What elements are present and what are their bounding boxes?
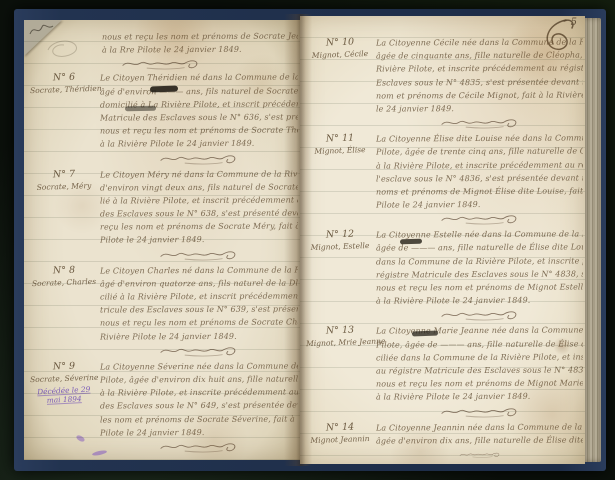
manuscript-line: Le Citoyen Théridien né dans la Commune … bbox=[100, 71, 298, 85]
left-page: nous et reçu les nom et prénoms de Socra… bbox=[24, 20, 300, 460]
entry-margin-name: Socrate, Séverine bbox=[30, 373, 98, 384]
manuscript-line: d'environ vingt deux ans, fils naturel d… bbox=[100, 180, 298, 194]
register-entry: N° 11 Mignot, Élise La Citoyenne Élise d… bbox=[300, 132, 583, 226]
manuscript-line: lié à la Rivière Pilote, et inscrit préc… bbox=[100, 193, 298, 207]
manuscript-line: La Citoyenne Jeannin née dans la Commune… bbox=[376, 420, 583, 434]
entry-body: Le Citoyen Charles né dans la Commune de… bbox=[100, 264, 298, 358]
manuscript-line: La Citoyenne Séverine née dans la Commun… bbox=[100, 359, 298, 373]
entry-body: La Citoyenne Élise dite Louise née dans … bbox=[376, 132, 583, 226]
register-entry: N° 10 Mignot, Cécile La Citoyenne Cécile… bbox=[300, 36, 583, 130]
manuscript-line: âgée de ——— ans, fille naturelle de Élis… bbox=[376, 241, 583, 255]
manuscript-line: La Citoyenne Cécile née dans la Commune … bbox=[376, 35, 583, 49]
manuscript-line: noms et prénoms de Mignot Élise dite Lou… bbox=[376, 184, 583, 198]
signature-flourish-icon bbox=[117, 57, 205, 70]
manuscript-line: Rivière Pilote, et inscrite précédemment… bbox=[376, 62, 583, 76]
manuscript-line: ciliée dans la Commune de la Rivière Pil… bbox=[376, 350, 583, 364]
manuscript-line: nous et reçu les nom et prénoms de Socra… bbox=[100, 316, 298, 330]
previous-entry-fragment: nous et reçu les nom et prénoms de Socra… bbox=[24, 30, 298, 71]
death-annotation: Décédée le 29 mai 1894 bbox=[30, 385, 99, 406]
entry-body: La Citoyenne Jeannin née dans la Commune… bbox=[376, 421, 583, 462]
register-entry: N° 12 Mignot, Estelle La Citoyenne Estel… bbox=[300, 228, 583, 322]
entry-number: N° 7 bbox=[30, 167, 98, 180]
right-page: 5 N° 10 Mignot, Cécile La Citoyenne Céci… bbox=[300, 16, 585, 464]
scanned-register-photo: nous et reçu les nom et prénoms de Socra… bbox=[0, 0, 615, 480]
manuscript-line: âgée d'environ dix ans, fille naturelle … bbox=[376, 433, 583, 447]
manuscript-line: nous et reçu les nom et prénoms de Migno… bbox=[376, 280, 583, 294]
signature-flourish-icon bbox=[155, 152, 243, 165]
entry-body: Le Citoyen Théridien né dans la Commune … bbox=[100, 71, 298, 165]
manuscript-line: des Esclaves sous le N° 649, s'est prése… bbox=[100, 399, 298, 413]
entry-margin-column: N° 12 Mignot, Estelle bbox=[300, 228, 376, 322]
entry-margin-name: Mignot Jeannin bbox=[306, 433, 374, 444]
signature-flourish-icon bbox=[436, 405, 524, 418]
entry-number: N° 6 bbox=[30, 71, 98, 84]
register-entry: N° 8 Socrate, Charles Le Citoyen Charles… bbox=[24, 264, 298, 358]
register-entry: N° 7 Socrate, Méry Le Citoyen Méry né da… bbox=[24, 168, 298, 262]
manuscript-line: Pilote, âgée de trente cinq ans, fille n… bbox=[376, 145, 583, 159]
entry-margin-name: Mignot, Cécile bbox=[306, 49, 374, 60]
manuscript-line: Esclaves sous le N° 4835, s'est présenté… bbox=[376, 75, 583, 89]
entry-margin-name: Socrate, Charles bbox=[30, 276, 98, 287]
entry-body: La Citoyenne Marie Jeanne née dans la Co… bbox=[376, 324, 583, 418]
entry-margin-name: Mignot, Élise bbox=[306, 145, 374, 156]
manuscript-line: Pilote le 24 janvier 1849. bbox=[376, 198, 583, 212]
manuscript-line: des Esclaves sous le N° 638, s'est prése… bbox=[100, 207, 298, 221]
manuscript-line: les nom et prénoms de Socrate Séverine, … bbox=[100, 412, 298, 426]
left-page-entries: N° 6 Socrate, Théridien Le Citoyen Théri… bbox=[24, 71, 298, 454]
register-entry: N° 14 Mignot Jeannin La Citoyenne Jeanni… bbox=[300, 421, 583, 462]
entry-body: La Citoyenne Estelle née dans la Commune… bbox=[376, 228, 583, 322]
manuscript-line: domicilié à La Rivière Pilote, et inscri… bbox=[100, 97, 298, 111]
signature-flourish-icon bbox=[458, 448, 502, 461]
page-edge-stack bbox=[585, 18, 601, 462]
manuscript-line: régistre Matricule des Esclaves sous le … bbox=[376, 267, 583, 281]
manuscript-line: Pilote, âgée d'environ dix huit ans, fil… bbox=[100, 372, 298, 386]
entry-margin-name: Mignot, Mrie Jeanne bbox=[306, 337, 374, 348]
signature-row bbox=[376, 404, 583, 419]
manuscript-line: nom et prénoms de Cécile Mignot, fait à … bbox=[376, 88, 583, 102]
manuscript-line: cilié à la Rivière Pilote, et inscrit pr… bbox=[100, 289, 298, 303]
signature-flourish-icon bbox=[436, 212, 524, 225]
signature-row bbox=[100, 439, 298, 454]
entry-number: N° 10 bbox=[306, 36, 374, 49]
manuscript-line: Pilote, âgée de ——— ans, fille naturelle… bbox=[376, 337, 583, 351]
entry-margin-name: Socrate, Théridien bbox=[30, 84, 98, 95]
manuscript-line: âgé d'environ ——— ans, fils naturel de S… bbox=[100, 84, 298, 98]
entry-number: N° 11 bbox=[306, 132, 374, 145]
entry-number: N° 9 bbox=[30, 360, 98, 373]
signature-flourish-icon bbox=[155, 440, 243, 453]
right-page-entries: N° 10 Mignot, Cécile La Citoyenne Cécile… bbox=[300, 36, 583, 462]
manuscript-line: à la Rivière Pilote, et inscrite précéde… bbox=[376, 158, 583, 172]
signature-row bbox=[376, 307, 583, 322]
entry-body: Le Citoyen Méry né dans la Commune de la… bbox=[100, 168, 298, 262]
entry-margin-name: Socrate, Méry bbox=[30, 180, 98, 191]
manuscript-line: à la Rre Pilote le 24 janvier 1849. bbox=[102, 43, 298, 57]
entry-number: N° 8 bbox=[30, 263, 98, 276]
signature-row bbox=[376, 447, 583, 462]
manuscript-line: âgé d'environ quatorze ans, fils naturel… bbox=[100, 276, 298, 290]
manuscript-line: Le Citoyen Méry né dans la Commune de la… bbox=[100, 167, 298, 181]
manuscript-line: l'esclave sous le N° 4836, s'est présent… bbox=[376, 171, 583, 185]
entry-margin-column: N° 13 Mignot, Mrie Jeanne bbox=[300, 324, 376, 418]
manuscript-line: Rivière Pilote le 24 janvier 1849. bbox=[100, 329, 298, 343]
manuscript-line: nous et reçu les nom et prénoms de Socra… bbox=[102, 29, 298, 43]
manuscript-line: dans la Commune de la Rivière Pilote, et… bbox=[376, 254, 583, 268]
entry-number: N° 14 bbox=[306, 420, 374, 433]
entry-margin-column: N° 6 Socrate, Théridien bbox=[24, 71, 100, 165]
signature-flourish-icon bbox=[436, 308, 524, 321]
signature-row bbox=[100, 247, 298, 262]
manuscript-line: Matricule des Esclaves sous le N° 636, s… bbox=[100, 110, 298, 124]
entry-body: La Citoyenne Séverine née dans la Commun… bbox=[100, 360, 298, 454]
entry-number: N° 13 bbox=[306, 324, 374, 337]
manuscript-line: Pilote le 24 janvier 1849. bbox=[100, 425, 298, 439]
manuscript-line: à la Rivière Pilote le 24 janvier 1849. bbox=[376, 294, 583, 308]
register-entry: N° 6 Socrate, Théridien Le Citoyen Théri… bbox=[24, 71, 298, 165]
entry-margin-column: N° 11 Mignot, Élise bbox=[300, 132, 376, 226]
manuscript-line: au régistre Matricule des Esclaves sous … bbox=[376, 363, 583, 377]
entry-margin-column: N° 10 Mignot, Cécile bbox=[300, 36, 376, 130]
manuscript-line: à la Rivière Pilote le 24 janvier 1849. bbox=[376, 390, 583, 404]
register-entry: N° 9 Socrate, Séverine Décédée le 29 mai… bbox=[24, 360, 298, 454]
entry-margin-column: N° 8 Socrate, Charles bbox=[24, 264, 100, 358]
signature-row bbox=[376, 211, 583, 226]
manuscript-line: Le Citoyen Charles né dans la Commune de… bbox=[100, 263, 298, 277]
signature-flourish-icon bbox=[436, 116, 524, 129]
manuscript-line: à la Rivière Pilote le 24 janvier 1849. bbox=[100, 137, 298, 151]
signature-flourish-icon bbox=[155, 248, 243, 261]
entry-margin-column: N° 9 Socrate, Séverine Décédée le 29 mai… bbox=[24, 360, 100, 454]
entry-margin-column: N° 14 Mignot Jeannin bbox=[300, 421, 376, 462]
entry-margin-column: N° 7 Socrate, Méry bbox=[24, 168, 100, 262]
manuscript-line: le 24 janvier 1849. bbox=[376, 101, 583, 115]
signature-row bbox=[24, 56, 298, 71]
entry-margin-name: Mignot, Estelle bbox=[306, 241, 374, 252]
manuscript-line: Pilote le 24 janvier 1849. bbox=[100, 233, 298, 247]
signature-row bbox=[376, 115, 583, 130]
folio-number: 5 bbox=[571, 17, 577, 28]
signature-flourish-icon bbox=[155, 344, 243, 357]
manuscript-line: La Citoyenne Marie Jeanne née dans la Co… bbox=[376, 324, 583, 338]
signature-row bbox=[100, 343, 298, 358]
entry-body: La Citoyenne Cécile née dans la Commune … bbox=[376, 36, 583, 130]
entry-number: N° 12 bbox=[306, 228, 374, 241]
signature-row bbox=[100, 151, 298, 166]
register-entry: N° 13 Mignot, Mrie Jeanne La Citoyenne M… bbox=[300, 324, 583, 418]
